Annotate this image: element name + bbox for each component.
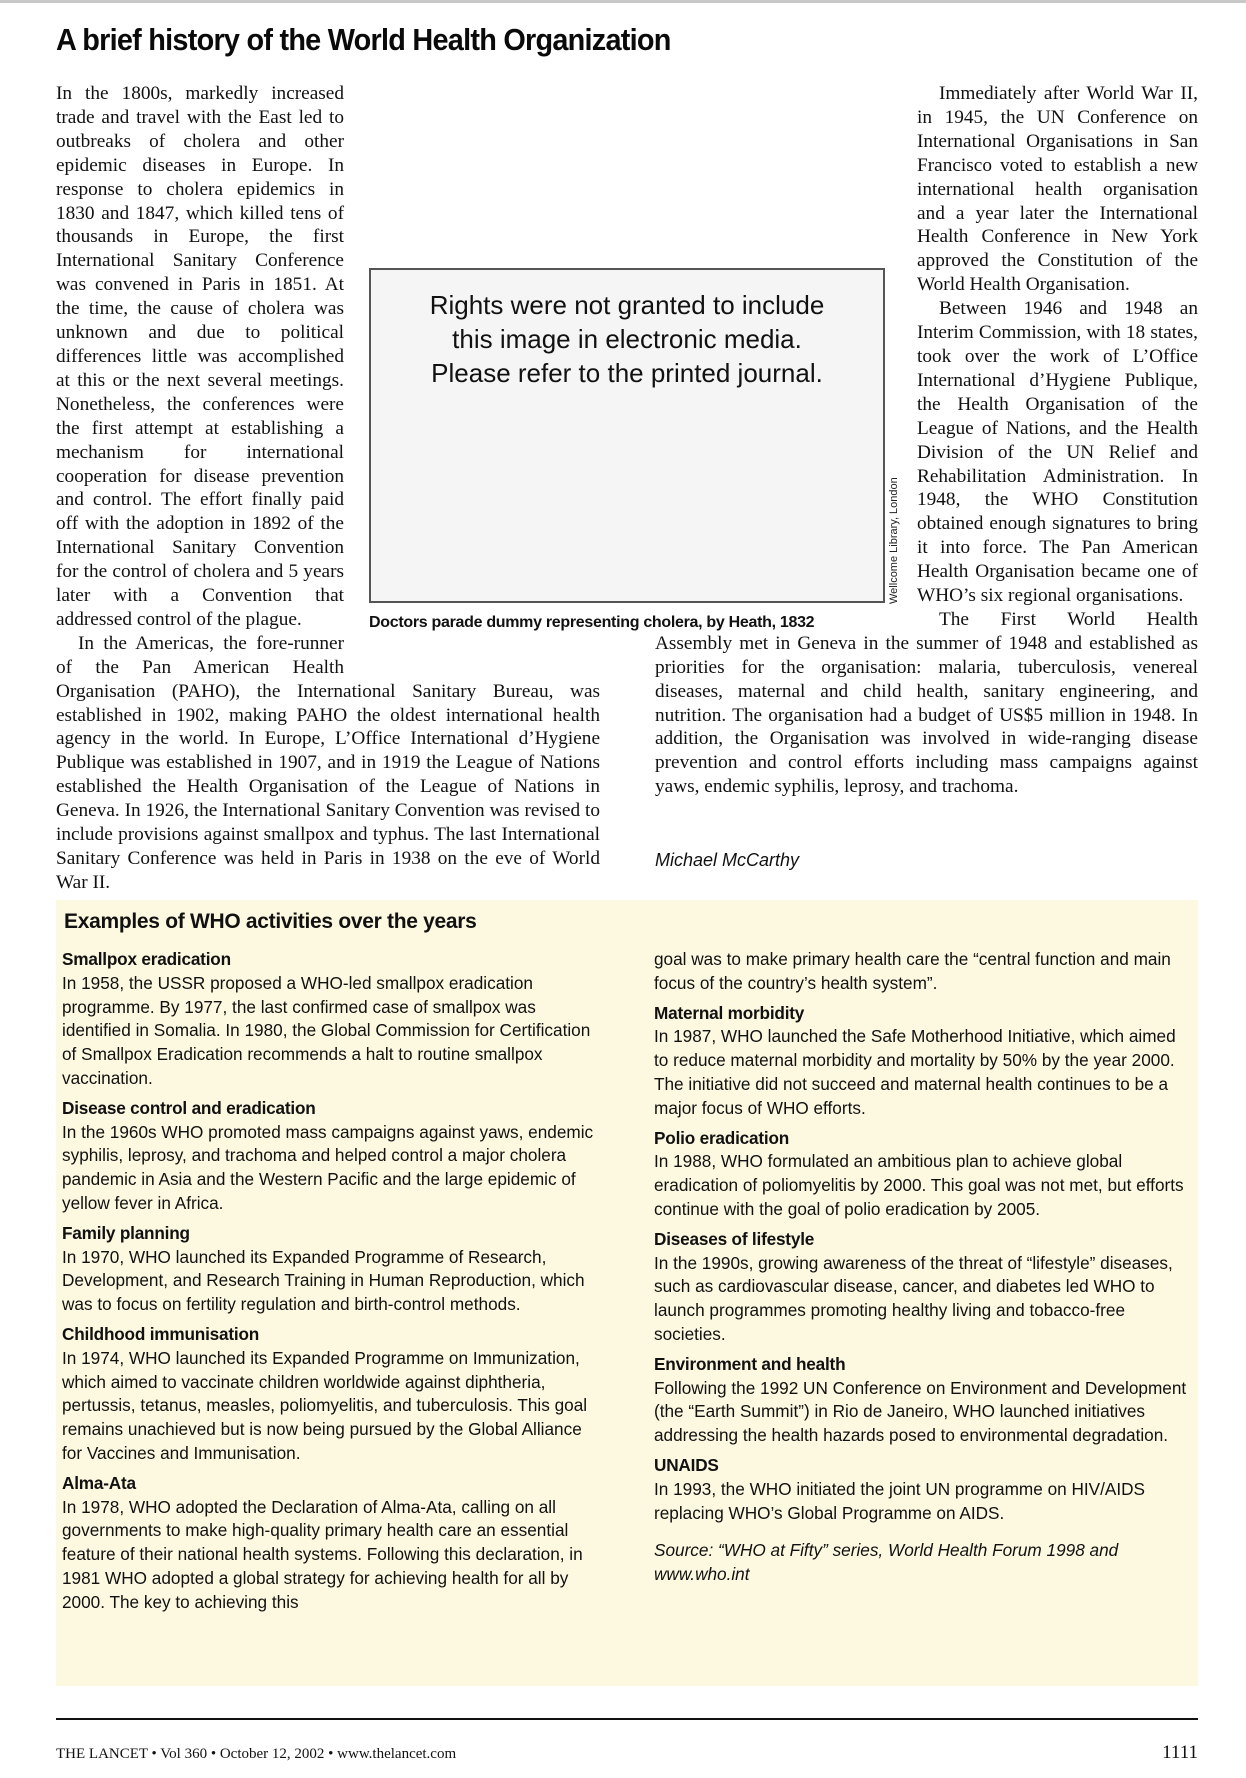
activity-heading: Maternal morbidity: [654, 1002, 1189, 1026]
activity-text-continuation: goal was to make primary health care the…: [654, 948, 1189, 996]
image-credit: Wellcome Library, London: [888, 477, 900, 604]
journal-footer: THE LANCET • Vol 360 • October 12, 2002 …: [56, 1746, 456, 1763]
activity-environment: Environment and health Following the 199…: [654, 1353, 1189, 1448]
activity-alma-ata-continued: goal was to make primary health care the…: [654, 948, 1189, 996]
activity-maternal-morbidity: Maternal morbidity In 1987, WHO launched…: [654, 1002, 1189, 1121]
activity-text: In the 1960s WHO promoted mass campaigns…: [62, 1121, 602, 1216]
activity-polio: Polio eradication In 1988, WHO formulate…: [654, 1127, 1189, 1222]
activity-heading: Polio eradication: [654, 1127, 1189, 1151]
author-name: Michael McCarthy: [655, 850, 799, 871]
activity-text: In 1974, WHO launched its Expanded Progr…: [62, 1347, 602, 1466]
panel-source: Source: “WHO at Fifty” series, World Hea…: [654, 1539, 1189, 1587]
activity-text: In 1993, the WHO initiated the joint UN …: [654, 1478, 1189, 1526]
activity-text: In 1958, the USSR proposed a WHO-led sma…: [62, 972, 602, 1091]
activity-family-planning: Family planning In 1970, WHO launched it…: [62, 1222, 602, 1317]
activity-unaids: UNAIDS In 1993, the WHO initiated the jo…: [654, 1454, 1189, 1525]
activity-heading: Childhood immunisation: [62, 1323, 602, 1347]
activity-text: Following the 1992 UN Conference on Envi…: [654, 1377, 1189, 1448]
panel-left-column: Smallpox eradication In 1958, the USSR p…: [62, 948, 602, 1621]
footer-rule: [56, 1718, 1198, 1720]
who-activities-panel: Examples of WHO activities over the year…: [56, 900, 1198, 1686]
activity-text: In 1988, WHO formulated an ambitious pla…: [654, 1150, 1189, 1221]
activity-heading: Family planning: [62, 1222, 602, 1246]
figure-caption: Doctors parade dummy representing choler…: [369, 614, 814, 632]
figure-placeholder: Rights were not granted to include this …: [369, 268, 885, 603]
activity-lifestyle: Diseases of lifestyle In the 1990s, grow…: [654, 1228, 1189, 1347]
top-rule: [0, 0, 1246, 3]
panel-right-column: goal was to make primary health care the…: [654, 948, 1189, 1587]
activity-childhood-immunisation: Childhood immunisation In 1974, WHO laun…: [62, 1323, 602, 1466]
activity-text: In 1987, WHO launched the Safe Motherhoo…: [654, 1025, 1189, 1120]
activity-text: In 1970, WHO launched its Expanded Progr…: [62, 1246, 602, 1317]
activity-alma-ata: Alma-Ata In 1978, WHO adopted the Declar…: [62, 1472, 602, 1615]
rights-not-granted-message: Rights were not granted to include this …: [371, 288, 883, 390]
activity-text: In 1978, WHO adopted the Declaration of …: [62, 1496, 602, 1615]
activity-heading: UNAIDS: [654, 1454, 1189, 1478]
panel-title: Examples of WHO activities over the year…: [64, 910, 477, 934]
activity-heading: Smallpox eradication: [62, 948, 602, 972]
activity-text: In the 1990s, growing awareness of the t…: [654, 1252, 1189, 1347]
activity-heading: Environment and health: [654, 1353, 1189, 1377]
article-title: A brief history of the World Health Orga…: [56, 22, 671, 58]
activity-heading: Diseases of lifestyle: [654, 1228, 1189, 1252]
activity-smallpox: Smallpox eradication In 1958, the USSR p…: [62, 948, 602, 1091]
right-paragraph-3: The First World Health Assembly met in G…: [655, 608, 1198, 799]
activity-heading: Disease control and eradication: [62, 1097, 602, 1121]
placeholder-text: Rights were not granted to include this …: [430, 290, 825, 388]
activity-disease-control: Disease control and eradication In the 1…: [62, 1097, 602, 1216]
activity-heading: Alma-Ata: [62, 1472, 602, 1496]
page-number: 1111: [1162, 1742, 1198, 1764]
